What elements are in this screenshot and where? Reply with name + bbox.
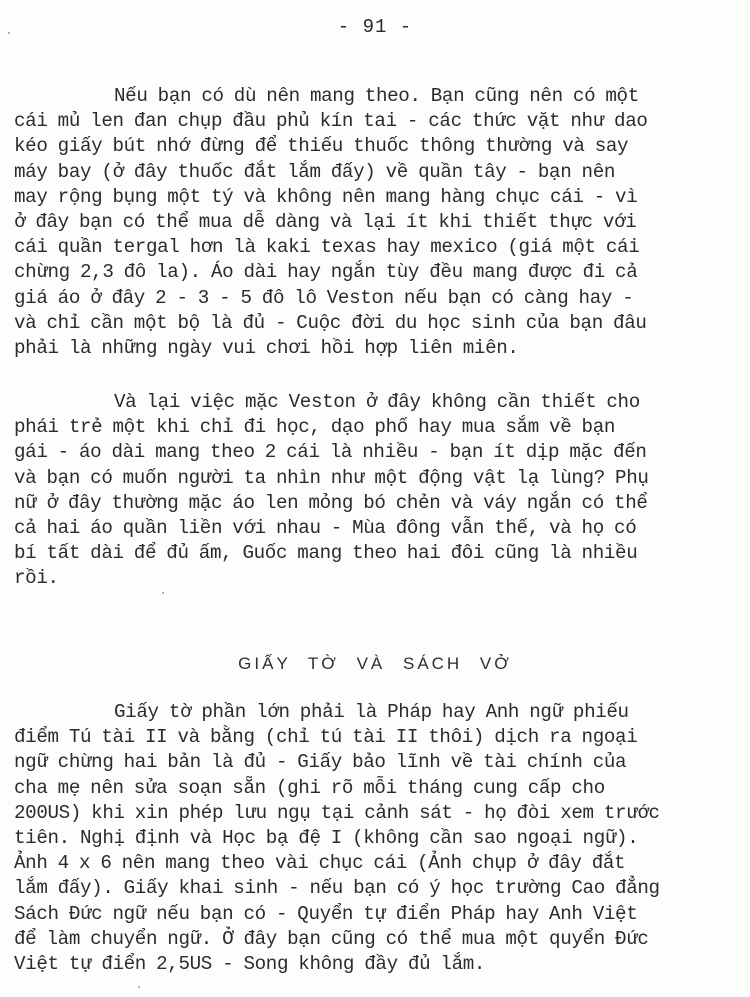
text-line: Giấy tờ phần lớn phải là Pháp hay Anh ng… [14,700,744,725]
text-line: và bạn có muốn người ta nhìn như một độn… [14,466,744,491]
text-line: Sách Đức ngữ nếu bạn có - Quyển tự điển … [14,902,744,927]
paragraph-veston-advice: Và lại việc mặc Veston ở đây không cần t… [14,390,744,592]
text-line: 200US) khi xin phép lưu ngụ tại cảnh sát… [14,801,744,826]
text-line: giá áo ở đây 2 - 3 - 5 đô lô Veston nếu … [14,286,744,311]
text-line: ở đây bạn có thể mua dễ dàng và lại ít k… [14,210,744,235]
text-line: phái trẻ một khi chỉ đi học, dạo phố hay… [14,415,744,440]
scan-speck [8,32,10,34]
text-line: phải là những ngày vui chơi hồi hợp liên… [14,336,744,361]
text-line: cha mẹ nên sửa soạn sẵn (ghi rõ mỗi thán… [14,776,744,801]
scan-speck [138,986,140,988]
text-line: rồi. [14,566,744,591]
text-line: gái - áo dài mang theo 2 cái là nhiều - … [14,440,744,465]
paragraph-clothing-advice: Nếu bạn có dù nên mang theo. Bạn cũng nê… [14,84,744,361]
section-heading: GIẤY TỜ VÀ SÁCH VỞ [0,654,750,674]
text-line: Việt tự điển 2,5US - Song không đầy đủ l… [14,952,744,977]
text-line: Ảnh 4 x 6 nên mang theo vài chục cái (Ản… [14,851,744,876]
text-line: cái mủ len đan chụp đầu phủ kín tai - cá… [14,109,744,134]
text-line: máy bay (ở đây thuốc đắt lắm đấy) về quầ… [14,160,744,185]
paragraph-documents-advice: Giấy tờ phần lớn phải là Pháp hay Anh ng… [14,700,744,977]
text-line: lắm đấy). Giấy khai sinh - nếu bạn có ý … [14,876,744,901]
text-line: cái quần tergal hơn là kaki texas hay me… [14,235,744,260]
text-line: điểm Tú tài II và bằng (chỉ tú tài II th… [14,725,744,750]
scan-speck [162,592,164,594]
text-line: và chỉ cần một bộ là đủ - Cuộc đời du họ… [14,311,744,336]
text-line: chừng 2,3 đô la). Áo dài hay ngắn tùy đề… [14,260,744,285]
text-line: Và lại việc mặc Veston ở đây không cần t… [14,390,744,415]
text-line: nữ ở đây thường mặc áo len mỏng bó chẻn … [14,491,744,516]
text-line: tiên. Nghị định và Học bạ đệ I (không cầ… [14,826,744,851]
text-line: ngữ chừng hai bản là đủ - Giấy bảo lĩnh … [14,750,744,775]
text-line: may rộng bụng một tý và không nên mang h… [14,185,744,210]
text-line: kéo giấy bút nhớ đừng để thiếu thuốc thô… [14,134,744,159]
text-line: Nếu bạn có dù nên mang theo. Bạn cũng nê… [14,84,744,109]
text-line: bí tất dài để đủ ấm, Guốc mang theo hai … [14,541,744,566]
text-line: để làm chuyển ngữ. Ở đây bạn cũng có thể… [14,927,744,952]
page-number: - 91 - [0,16,750,38]
text-line: cả hai áo quần liền với nhau - Mùa đông … [14,516,744,541]
